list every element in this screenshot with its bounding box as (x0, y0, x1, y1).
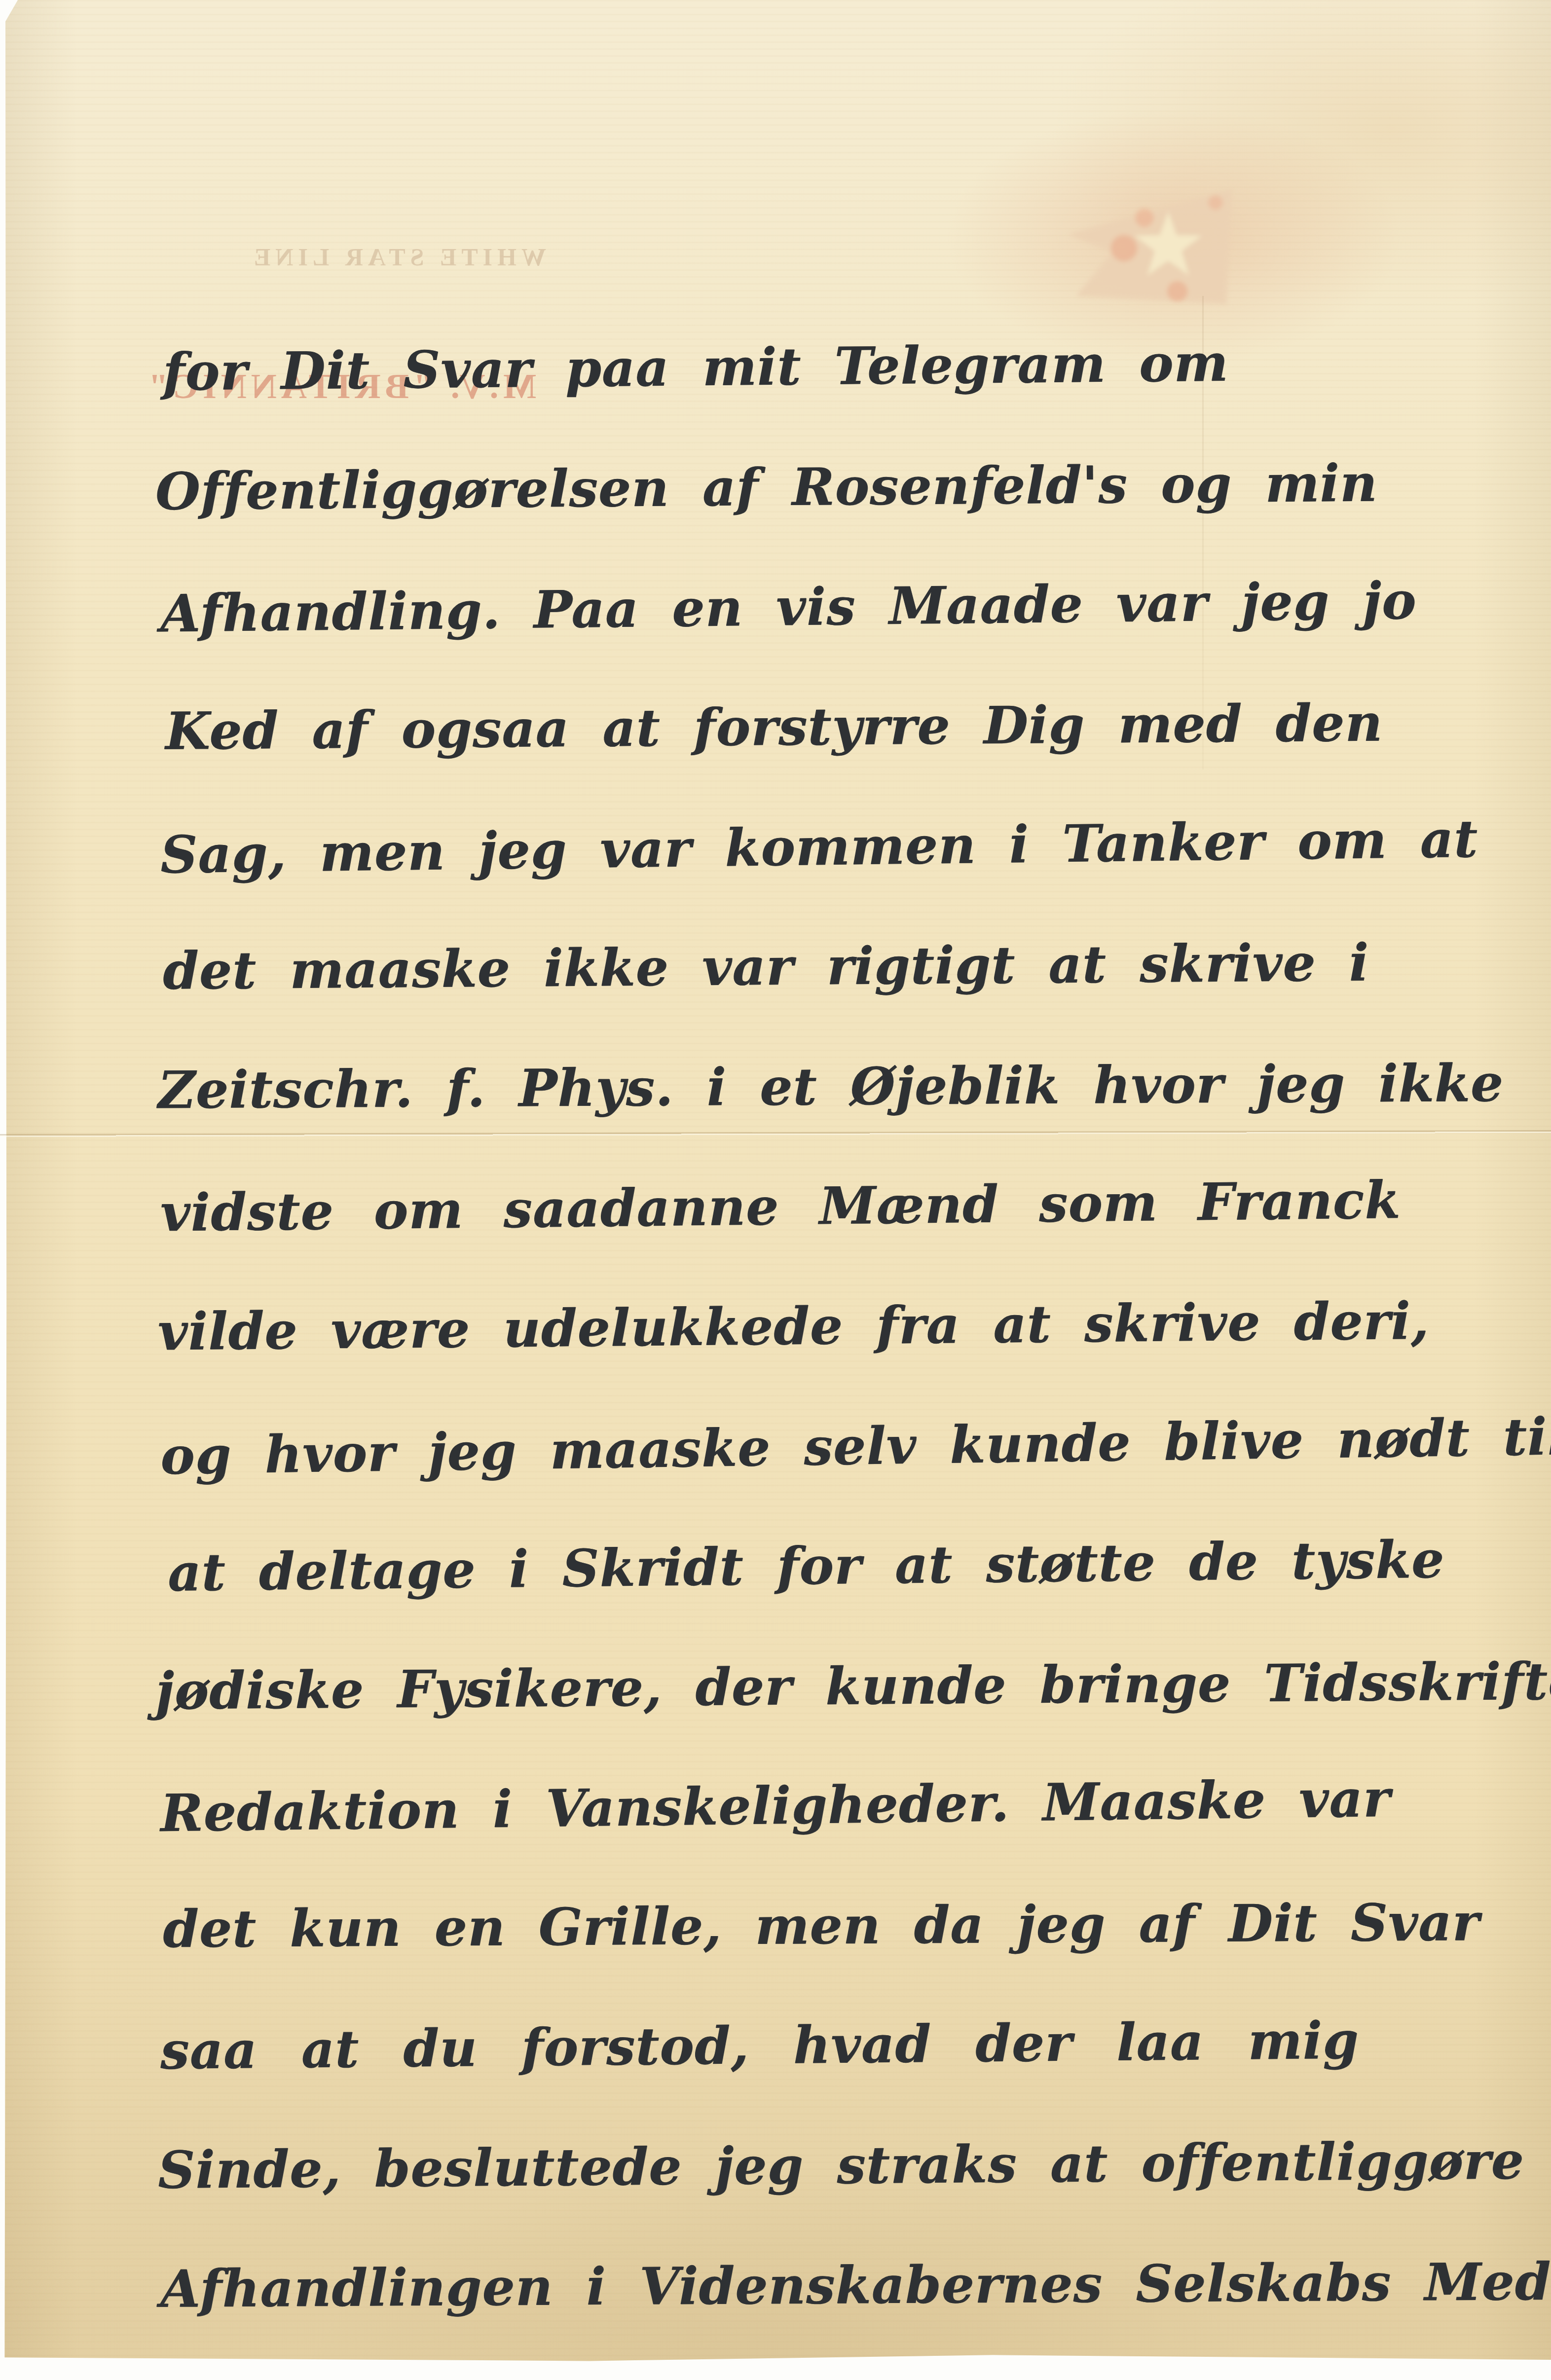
white-star-burgee-svg (1063, 182, 1236, 310)
handwriting-line-9: vilde være udelukkede fra at skrive deri… (158, 1293, 1430, 1360)
handwriting-line-12: jødiske Fysikere, der kunde bringe Tidss… (155, 1653, 1551, 1720)
handwriting-line-17: Afhandlingen i Videnskabernes Selskabs M… (160, 2254, 1551, 2317)
handwriting-line-14: det kun en Grille, men da jeg af Dit Sva… (163, 1894, 1480, 1957)
handwriting-line-2: Offentliggørelsen af Rosenfeld's og min (155, 455, 1378, 520)
flag-stain-spot (1135, 209, 1153, 227)
flag-stain-spot (1167, 281, 1187, 301)
handwriting-line-8: vidste om saadanne Mænd som Franck (160, 1172, 1401, 1242)
handwriting-line-6: det maaske ikke var rigtigt at skrive i (163, 934, 1369, 999)
handwriting-line-16: Sinde, besluttede jeg straks at offentli… (158, 2132, 1525, 2198)
scanned-letter-page: WHITE STAR LINE M.V. "BRITANNIC" for Dit… (0, 0, 1551, 2380)
handwriting-line-4: Ked af ogsaa at forstyrre Dig med den (165, 695, 1383, 760)
handwriting-line-11: at deltage i Skridt for at støtte de tys… (167, 1531, 1444, 1601)
handwriting-line-15: saa at du forstod, hvad der laa mig (160, 2012, 1360, 2079)
flag-stain-spot (1208, 195, 1222, 210)
handwriting-line-7: Zeitschr. f. Phys. i et Øjeblik hvor jeg… (158, 1055, 1504, 1119)
handwriting-line-1: for Dit Svar paa mit Telegram om (163, 335, 1229, 401)
white-star-flag-icon (1063, 182, 1236, 310)
handwriting-line-3: Afhandling. Paa en vis Maade var jeg jo (160, 573, 1416, 642)
letterhead-bleedthrough-shipping-line: WHITE STAR LINE (249, 243, 546, 271)
flag-stain-spot (1111, 235, 1138, 261)
